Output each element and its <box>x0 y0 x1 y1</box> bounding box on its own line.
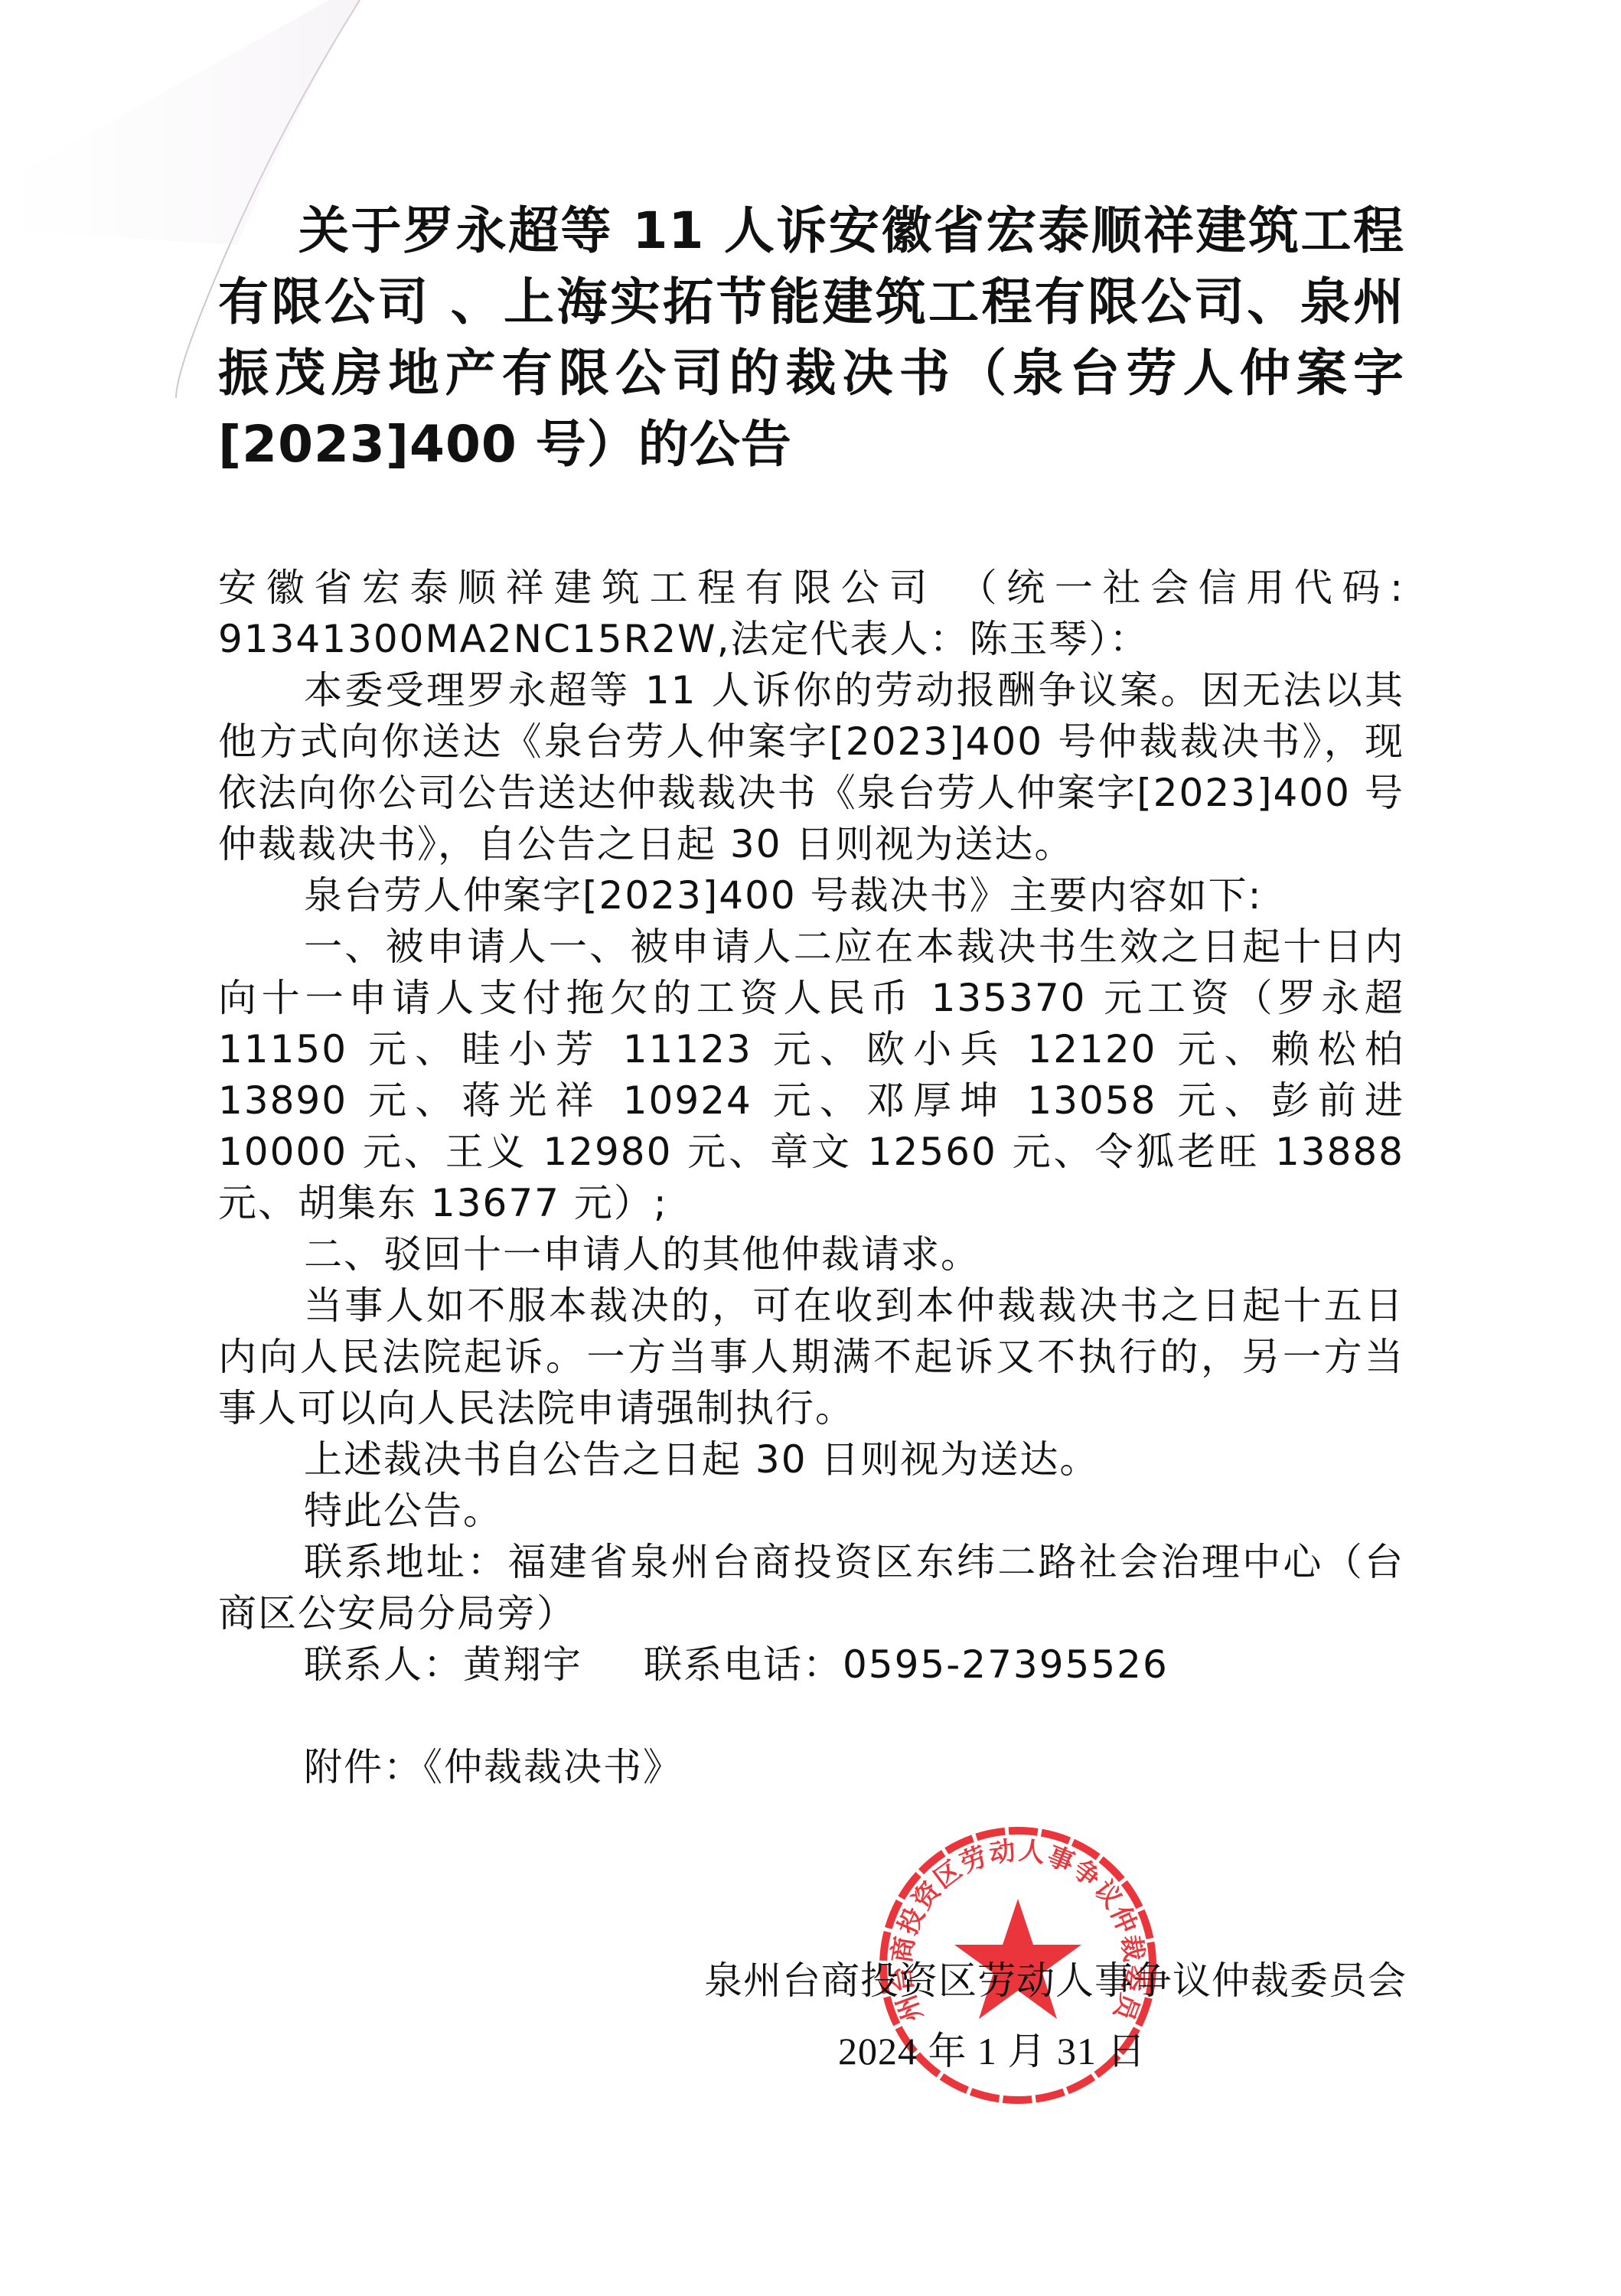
contact-phone: 0595-27395526 <box>843 1642 1169 1687</box>
document-page: 关于罗永超等 11 人诉安徽省宏泰顺祥建筑工程有限公司 、上海实拓节能建筑工程有… <box>218 195 1404 1793</box>
paragraph-appeal-rights: 当事人如不服本裁决的，可在收到本仲裁裁决书之日起十五日内向人民法院起诉。一方当事… <box>218 1280 1404 1434</box>
attachment: 附件：《仲裁裁决书》 <box>218 1742 1404 1793</box>
issuing-authority: 泉州台商投资区劳动人事争议仲裁委员会 <box>704 1955 1407 2007</box>
paragraph-summary-intro: 泉台劳人仲案字[2023]400 号裁决书》主要内容如下: <box>218 870 1404 921</box>
paragraph-ruling-one: 一、被申请人一、被申请人二应在本裁决书生效之日起十日内向十一申请人支付拖欠的工资… <box>218 921 1404 1229</box>
contact-person-label: 联系人： <box>304 1642 463 1687</box>
paragraph-service-period: 上述裁决书自公告之日起 30 日则视为送达。 <box>218 1434 1404 1486</box>
contact-line: 联系人：黄翔宇联系电话：0595-27395526 <box>218 1639 1404 1691</box>
paragraph-service-notice: 本委受理罗永超等 11 人诉你的劳动报酬争议案。因无法以其他方式向你送达《泉台劳… <box>218 665 1404 870</box>
paragraph-closing: 特此公告。 <box>218 1486 1404 1537</box>
document-title: 关于罗永超等 11 人诉安徽省宏泰顺祥建筑工程有限公司 、上海实拓节能建筑工程有… <box>218 195 1404 480</box>
contact-person: 黄翔宇 <box>463 1642 582 1687</box>
paragraph-ruling-two: 二、驳回十一申请人的其他仲裁请求。 <box>218 1229 1404 1280</box>
contact-address: 联系地址：福建省泉州台商投资区东纬二路社会治理中心（台商区公安局分局旁） <box>218 1537 1404 1639</box>
document-body: 安徽省宏泰顺祥建筑工程有限公司 （统一社会信用代码: 91341300MA2NC… <box>218 563 1404 1793</box>
issue-date: 2024 年 1 月 31 日 <box>838 2020 1146 2076</box>
addressee: 安徽省宏泰顺祥建筑工程有限公司 （统一社会信用代码: 91341300MA2NC… <box>218 563 1404 665</box>
contact-phone-label: 联系电话： <box>644 1642 843 1687</box>
